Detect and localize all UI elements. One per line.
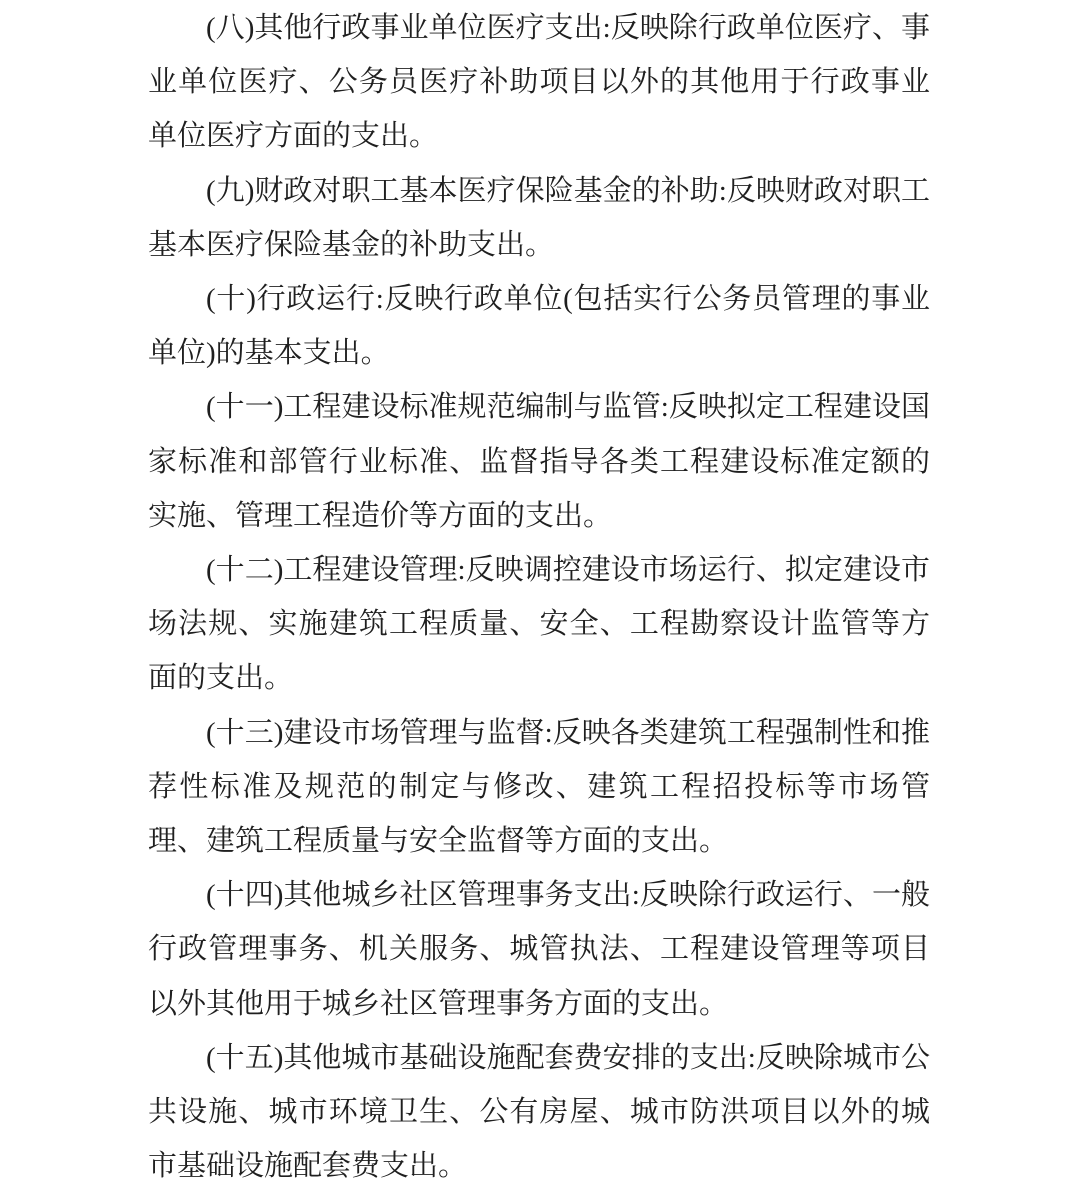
paragraph-item-10: (十)行政运行:反映行政单位(包括实行公务员管理的事业单位)的基本支出。 — [148, 272, 930, 380]
document-page: (八)其他行政事业单位医疗支出:反映除行政单位医疗、事业单位医疗、公务员医疗补助… — [0, 0, 1074, 1186]
document-body: (八)其他行政事业单位医疗支出:反映除行政单位医疗、事业单位医疗、公务员医疗补助… — [148, 1, 930, 1186]
paragraph-item-11: (十一)工程建设标准规范编制与监管:反映拟定工程建设国家标准和部管行业标准、监督… — [148, 380, 930, 543]
paragraph-item-8: (八)其他行政事业单位医疗支出:反映除行政单位医疗、事业单位医疗、公务员医疗补助… — [148, 1, 930, 164]
paragraph-item-12: (十二)工程建设管理:反映调控建设市场运行、拟定建设市场法规、实施建筑工程质量、… — [148, 543, 930, 706]
paragraph-item-15: (十五)其他城市基础设施配套费安排的支出:反映除城市公共设施、城市环境卫生、公有… — [148, 1031, 930, 1186]
paragraph-item-13: (十三)建设市场管理与监督:反映各类建筑工程强制性和推荐性标准及规范的制定与修改… — [148, 706, 930, 869]
paragraph-item-14: (十四)其他城乡社区管理事务支出:反映除行政运行、一般行政管理事务、机关服务、城… — [148, 868, 930, 1031]
paragraph-item-9: (九)财政对职工基本医疗保险基金的补助:反映财政对职工基本医疗保险基金的补助支出… — [148, 164, 930, 272]
